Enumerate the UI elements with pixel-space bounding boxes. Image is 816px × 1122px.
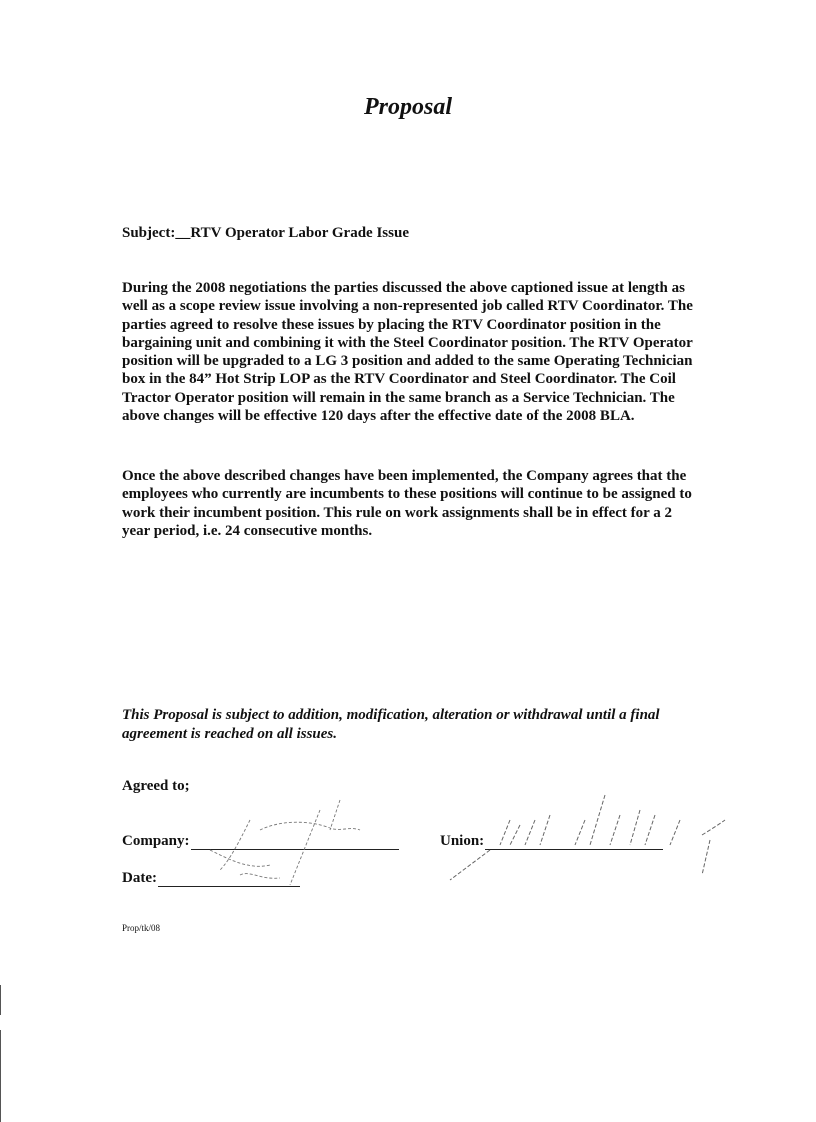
union-label: Union: <box>440 833 484 850</box>
body-paragraph-2: Once the above described changes have be… <box>122 467 702 540</box>
company-label: Company: <box>122 833 190 850</box>
scan-edge-mark <box>0 985 1 1015</box>
document-title: Proposal <box>0 94 816 121</box>
date-line <box>158 872 300 887</box>
subject-label: Subject:__ <box>122 225 190 241</box>
scan-edge-mark <box>0 1030 1 1122</box>
subject-line: Subject:__RTV Operator Labor Grade Issue <box>122 225 409 242</box>
disclaimer-text: This Proposal is subject to addition, mo… <box>122 706 712 743</box>
agreed-label: Agreed to; <box>122 778 190 795</box>
union-signature-field: Union: <box>440 833 663 850</box>
company-signature-field: Company: <box>122 833 399 850</box>
company-signature-line <box>191 835 399 850</box>
union-signature-line <box>485 835 663 850</box>
body-paragraph-1: During the 2008 negotiations the parties… <box>122 279 702 425</box>
date-field: Date: <box>122 870 300 887</box>
subject-value: RTV Operator Labor Grade Issue <box>190 225 409 241</box>
footer-reference: Prop/tk/08 <box>122 923 160 933</box>
date-label: Date: <box>122 870 157 887</box>
